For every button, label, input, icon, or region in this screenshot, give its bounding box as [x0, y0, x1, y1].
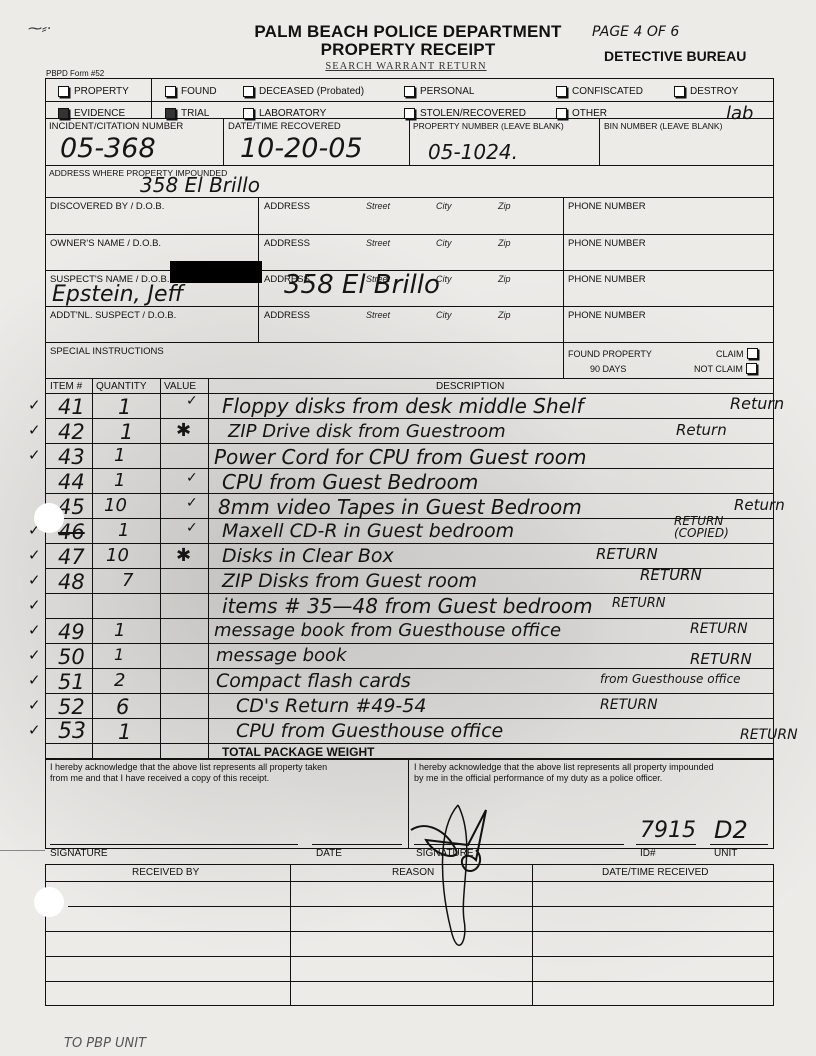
id-label: ID#	[640, 848, 656, 859]
datetime-received-cell[interactable]	[535, 884, 771, 904]
item-note: RETURN	[640, 566, 702, 584]
item-number: 43	[58, 445, 85, 469]
divider	[45, 418, 774, 419]
scan-line	[0, 850, 45, 851]
item-note: RETURN	[600, 697, 658, 713]
item-value: ✱	[176, 545, 191, 566]
item-quantity: 1	[114, 620, 125, 641]
officer-id-field[interactable]: 7915	[640, 818, 696, 843]
department-title: PALM BEACH POLICE DEPARTMENT	[240, 22, 576, 42]
owner-name-label: OWNER'S NAME / D.O.B.	[50, 238, 161, 249]
checkbox-icon	[746, 363, 757, 374]
item-note: from Guesthouse office	[600, 672, 741, 686]
item-description: Maxell CD-R in Guest bedroom	[222, 520, 514, 542]
unit-line	[710, 844, 768, 845]
item-number: 42	[58, 420, 85, 444]
check-mark-icon: ✓	[28, 671, 41, 689]
divider	[45, 743, 774, 744]
punch-hole	[34, 503, 64, 533]
divider	[45, 342, 774, 343]
check-mark-icon: ✓	[28, 646, 41, 664]
datetime-recovered-field[interactable]: 10-20-05	[240, 133, 363, 164]
item-value: ✓	[186, 470, 198, 486]
zip-label: Zip	[498, 201, 511, 211]
divider	[45, 197, 774, 198]
id-line	[636, 844, 696, 845]
item-description: CD's Return #49-54	[236, 695, 426, 717]
form-title: PROPERTY RECEIPT	[240, 40, 576, 60]
discovered-by-label: DISCOVERED BY / D.O.B.	[50, 201, 164, 212]
item-note: RETURN	[740, 727, 798, 743]
item-value: ✱	[176, 420, 191, 441]
property-number-field[interactable]: 05-1024.	[428, 140, 518, 164]
item-number: 51	[58, 670, 85, 694]
total-package-weight-label: TOTAL PACKAGE WEIGHT	[222, 745, 374, 759]
reason-cell[interactable]	[293, 884, 529, 904]
item-description: 8mm video Tapes in Guest Bedroom	[218, 495, 582, 519]
reason-header: REASON	[392, 867, 434, 878]
other-value: lab	[726, 103, 753, 124]
item-description: message book from Guesthouse office	[214, 620, 561, 641]
item-note: RETURN	[596, 545, 658, 563]
incident-number-field[interactable]: 05-368	[60, 133, 156, 164]
address-label: ADDRESS	[264, 201, 310, 212]
phone-label: PHONE NUMBER	[568, 201, 646, 212]
special-instructions-label: SPECIAL INSTRUCTIONS	[50, 346, 164, 357]
checkbox-found[interactable]: FOUND	[165, 86, 217, 97]
item-quantity: 10	[106, 545, 129, 566]
zip-label: Zip	[498, 274, 511, 284]
datetime-received-header: DATE/TIME RECEIVED	[602, 867, 709, 878]
item-description: Floppy disks from desk middle Shelf	[222, 394, 584, 418]
officer-acknowledgement-line-2: by me in the official performance of my …	[414, 773, 662, 783]
divider	[151, 78, 152, 118]
column-header-quantity: QUANTITY	[96, 381, 147, 392]
divider	[290, 864, 291, 1006]
item-description: CPU from Guesthouse office	[236, 720, 503, 742]
received-by-cell[interactable]	[48, 884, 288, 904]
divider	[45, 981, 774, 982]
item-quantity: 1	[118, 395, 131, 419]
item-number: 44	[58, 470, 85, 494]
checkbox-personal[interactable]: PERSONAL	[404, 86, 474, 97]
zip-label: Zip	[498, 238, 511, 248]
divider	[45, 881, 774, 882]
bin-number-label: BIN NUMBER (Leave Blank)	[604, 121, 722, 131]
item-quantity: 10	[104, 495, 127, 516]
owner-acknowledgement-line-1: I hereby acknowledge that the above list…	[50, 762, 327, 772]
item-number: 41	[58, 395, 85, 419]
divider	[563, 197, 564, 378]
additional-suspect-label: ADDT'NL. SUSPECT / D.O.B.	[50, 310, 176, 321]
item-quantity: 1	[118, 720, 131, 744]
item-quantity: 1	[118, 520, 129, 541]
divider	[45, 378, 774, 379]
column-header-item: ITEM #	[50, 381, 82, 392]
address-impounded-field[interactable]: 358 El Brillo	[140, 173, 260, 197]
footer-note: TO PBP UNIT	[64, 1036, 146, 1051]
item-quantity: 2	[114, 670, 125, 691]
redaction-bar	[170, 261, 262, 283]
phone-label: PHONE NUMBER	[568, 238, 646, 249]
punch-hole	[34, 887, 64, 917]
item-description: Power Cord for CPU from Guest room	[214, 445, 587, 469]
item-description: message book	[216, 645, 347, 666]
check-mark-icon: ✓	[28, 421, 41, 439]
city-label: City	[436, 310, 452, 320]
item-note: Return	[734, 496, 785, 514]
item-quantity: 6	[116, 695, 129, 719]
checkbox-property[interactable]: PROPERTY	[58, 86, 129, 97]
street-label: Street	[366, 201, 390, 211]
zip-label: Zip	[498, 310, 511, 320]
check-mark-icon: ✓	[28, 621, 41, 639]
checkbox-icon	[243, 86, 254, 97]
divider	[45, 956, 774, 957]
divider	[45, 101, 774, 102]
suspect-address-field[interactable]: 358 El Brillo	[284, 270, 440, 300]
item-number: 47	[58, 545, 85, 569]
item-number: 53	[58, 719, 86, 744]
check-mark-icon: ✓	[28, 446, 41, 464]
divider	[599, 118, 600, 166]
divider	[45, 718, 774, 719]
claim-checkbox[interactable]: CLAIM	[716, 348, 758, 359]
check-mark-icon: ✓	[28, 396, 41, 414]
item-number: 50	[58, 645, 85, 669]
divider	[45, 543, 774, 544]
officer-acknowledgement-line-1: I hereby acknowledge that the above list…	[414, 762, 714, 772]
not-claim-checkbox[interactable]: NOT CLAIM	[694, 363, 757, 374]
checkbox-icon	[674, 86, 685, 97]
received-by-header: RECEIVED BY	[132, 867, 199, 878]
item-value: ✓	[186, 393, 198, 409]
item-quantity: 1	[114, 645, 124, 664]
found-property-label: FOUND PROPERTY	[568, 349, 652, 359]
ninety-days-label: 90 DAYS	[590, 364, 626, 374]
divider	[68, 906, 774, 907]
city-label: City	[436, 201, 452, 211]
item-description: Compact flash cards	[216, 670, 411, 692]
checkbox-deceased[interactable]: DECEASED (Probated)	[243, 86, 364, 97]
signature-label[interactable]: SIGNATURE	[50, 848, 108, 859]
divider	[532, 864, 533, 1006]
item-note: Return	[676, 421, 727, 439]
divider	[45, 643, 774, 644]
page-note: PAGE 4 OF 6	[592, 24, 679, 40]
item-quantity: 7	[122, 570, 133, 591]
item-quantity: 1	[114, 470, 125, 491]
officer-unit-field[interactable]: D2	[714, 816, 748, 844]
check-mark-icon: ✓	[28, 546, 41, 564]
unit-label: UNIT	[714, 848, 737, 859]
street-label: Street	[366, 238, 390, 248]
divider	[45, 234, 774, 235]
item-number: 52	[58, 695, 85, 719]
item-description: Disks in Clear Box	[222, 545, 394, 567]
corner-smudge: ⁓⸗·	[28, 20, 51, 37]
item-quantity: 1	[120, 420, 133, 444]
column-header-description: DESCRIPTION	[436, 381, 504, 392]
divider	[45, 443, 774, 444]
item-note: RETURN (COPIED)	[674, 515, 744, 539]
property-number-label: PROPERTY NUMBER (Leave Blank)	[413, 121, 564, 131]
city-label: City	[436, 238, 452, 248]
item-note: Return	[730, 394, 784, 413]
bin-number-field[interactable]	[604, 134, 769, 162]
item-number: 49	[58, 620, 85, 644]
check-mark-icon: ✓	[28, 571, 41, 589]
column-header-value: VALUE	[164, 381, 196, 392]
street-label: Street	[366, 310, 390, 320]
divider	[223, 118, 224, 166]
item-description: items # 35—48 from Guest bedroom	[222, 594, 593, 618]
checkbox-icon	[556, 86, 567, 97]
datetime-label: DATE/TIME RECOVERED	[228, 121, 341, 132]
date-label[interactable]: DATE	[316, 848, 342, 859]
checkbox-icon	[165, 86, 176, 97]
signature-line	[50, 844, 298, 845]
incident-label: INCIDENT/CITATION NUMBER	[49, 121, 183, 132]
divider	[45, 693, 774, 694]
item-description: ZIP Disks from Guest room	[222, 570, 477, 592]
bureau-label: DETECTIVE BUREAU	[604, 48, 746, 64]
check-mark-icon: ✓	[28, 596, 41, 614]
divider	[45, 165, 774, 166]
item-note: RETURN	[690, 650, 752, 668]
check-mark-icon: ✓	[28, 721, 41, 739]
owner-acknowledgement-line-2: from me and that I have received a copy …	[50, 773, 269, 783]
divider	[45, 618, 774, 619]
item-description: ZIP Drive disk from Guestroom	[228, 421, 506, 442]
item-number: 48	[58, 570, 85, 594]
item-quantity: 1	[114, 445, 125, 466]
address-label: ADDRESS	[264, 238, 310, 249]
phone-label: PHONE NUMBER	[568, 310, 646, 321]
date-line	[312, 844, 402, 845]
checkbox-icon	[404, 86, 415, 97]
check-mark-icon: ✓	[28, 696, 41, 714]
form-number: PBPD Form #52	[46, 69, 104, 78]
form-subtitle: SEARCH WARRANT RETURN	[296, 61, 516, 72]
divider	[45, 931, 774, 932]
divider	[409, 118, 410, 166]
item-note: RETURN	[612, 596, 665, 611]
phone-label: PHONE NUMBER	[568, 274, 646, 285]
item-value: ✓	[186, 520, 198, 536]
checkbox-icon	[58, 86, 69, 97]
divider	[45, 668, 774, 669]
checkbox-destroy[interactable]: DESTROY	[674, 86, 738, 97]
checkbox-confiscated[interactable]: CONFISCATED	[556, 86, 643, 97]
checkbox-icon	[747, 348, 758, 359]
address-label: ADDRESS	[264, 310, 310, 321]
item-note: RETURN	[690, 621, 748, 637]
item-value: ✓	[186, 495, 198, 511]
suspect-name-field[interactable]: Epstein, Jeff	[52, 282, 183, 307]
item-description: CPU from Guest Bedroom	[222, 470, 478, 494]
